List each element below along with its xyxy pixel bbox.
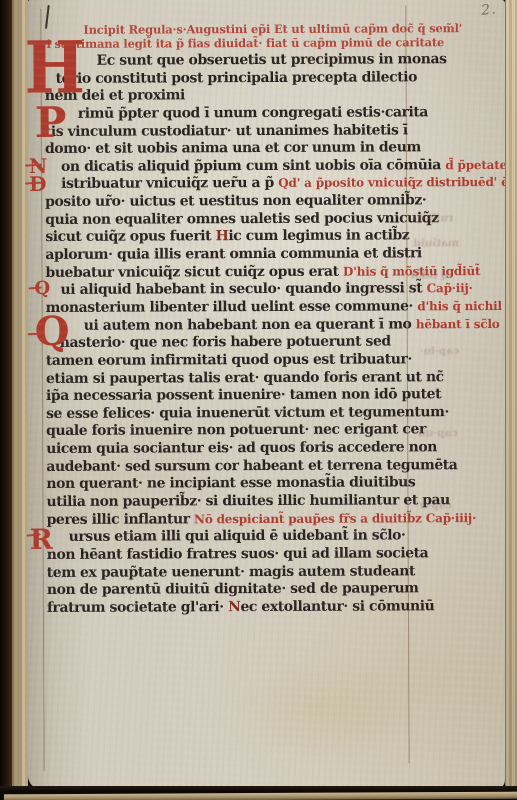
text-block: Incipit Regula·s·Augustini ep̃i Et ut ul…: [44, 21, 410, 617]
text-line: tis vinculum custodiatur· ut unanimes ha…: [45, 122, 408, 141]
ghost-text: cap·iu·: [420, 345, 460, 357]
body-text: domo· et sit uobis anima una et cor unum…: [45, 140, 421, 158]
body-text: monasterium libenter illud uelint esse c…: [46, 298, 418, 316]
body-text: tis vinculum custodiatur· ut unanimes ha…: [45, 122, 408, 140]
text-line: se esse felices· quia inuenerūt victum e…: [46, 404, 409, 423]
ghost-text: cap·uii·: [414, 427, 458, 439]
red-rubric-note: Nō despiciant̃ paup̃es fr̃s a diuitib̃z …: [194, 511, 476, 526]
body-text: etiam si paupertas talis erat· quando fo…: [46, 369, 444, 387]
text-line: non querant· ne incipiant esse monast̃ia…: [46, 475, 409, 494]
text-line: quia non equaliter omnes ualetis sed poc…: [45, 210, 408, 229]
body-text: nasterio· que nec foris habere potuerunt…: [60, 334, 391, 351]
text-line: non de parentū diuitū dignitate· sed de …: [47, 581, 410, 600]
red-rubric-note: d̃ p̃petate: [445, 158, 507, 172]
body-text: terio constituti post principalia precep…: [56, 69, 417, 87]
text-line: monasterium libenter illud uelint esse c…: [46, 298, 409, 317]
manuscript-page: 2. Incipit Regula·s·Augustini ep̃i Et ut…: [28, 0, 505, 789]
body-text: non de parentū diuitū dignitate· sed de …: [47, 581, 419, 599]
ghost-text: ruili q̃: [417, 212, 453, 224]
body-text: Ec sunt que obseruetis ut precipimus in …: [97, 51, 447, 69]
body-text: ursus etiam illi qui aliquid ē uidebant̃…: [69, 528, 406, 545]
text-line: posito ur̃o· uictus et uestitus non equa…: [45, 193, 408, 212]
red-rubric-note: d'his q̃ nichil: [417, 299, 502, 313]
body-text: posito ur̃o· uictus et uestitus non equa…: [45, 192, 426, 210]
body-text-lines: Ec sunt que obseruetis ut precipimus in …: [45, 51, 410, 617]
body-text: N: [228, 599, 240, 615]
text-line: ui aliquid habebant in seculo· quando in…: [46, 281, 409, 300]
red-rubric-note: Cap̃·iij·: [427, 281, 473, 295]
red-rubric-note: Qd' a p̃posito vnicuiq̃z distribuēd' ē c…: [278, 175, 517, 190]
binding-gutter-shadow: [0, 0, 12, 800]
body-text: tem ex paup̃tate uenerunt· magis autem s…: [47, 563, 415, 581]
lombard-initials: HPNDQQR: [26, 0, 503, 1]
text-line: uicem quia sociantur eis· ad quos foris …: [46, 439, 409, 458]
body-text: audebant· sed sursum cor habeant et terr…: [46, 457, 457, 475]
body-text: quale foris inuenire non potuerunt· nec …: [46, 422, 426, 440]
text-line: Ec sunt que obseruetis ut precipimus in …: [45, 51, 408, 70]
text-line: domo· et sit uobis anima una et cor unum…: [45, 140, 408, 159]
manuscript-photo: 2. Incipit Regula·s·Augustini ep̃i Et ut…: [0, 0, 517, 800]
text-line: ursus etiam illi qui aliquid ē uidebant̃…: [47, 528, 410, 547]
body-text: utilia non pauperib̃z· si diuites illic …: [46, 492, 449, 510]
text-line: tamen eorum infirmitati quod opus est tr…: [46, 351, 409, 370]
red-rubric-note: hēbant ī sc̃lo: [416, 317, 500, 331]
right-page-edges: [505, 0, 517, 792]
body-text: non querant· ne incipiant esse monast̃ia…: [46, 475, 415, 493]
body-text: sicut cuiq̃z opus fuerit: [45, 229, 215, 246]
h-lombard-initial: H: [24, 33, 85, 105]
body-text: ui aliquid habebant in seculo· quando in…: [61, 281, 427, 299]
text-line: istribuatur vnicuiq̃z uer̃u a p̃ Qd' a p…: [45, 175, 408, 194]
text-line: utilia non pauperib̃z· si diuites illic …: [46, 492, 409, 511]
bleed-through-text: ruili q̃matīuidq̃ lidiucap·iu·cap·uii·ca…: [26, 0, 503, 1]
body-text: ip̃a necessaria possent inuenire· tamen …: [46, 386, 441, 404]
text-line: tem ex paup̃tate uenerunt· magis autem s…: [47, 563, 410, 582]
text-line: audebant· sed sursum cor habeant et terr…: [46, 457, 409, 476]
body-text: peres illic inflantur: [47, 511, 195, 528]
text-line: buebatur vnicuiq̃z sicut cuiq̃z opus era…: [45, 263, 408, 282]
q1-lombard-initial: Q: [34, 280, 50, 298]
body-text: tamen eorum infirmitati quod opus est tr…: [46, 351, 412, 369]
ghost-text: q̃ lidiu: [410, 269, 448, 281]
text-line: ip̃a necessaria possent inuenire· tamen …: [46, 387, 409, 406]
text-line: aplorum· quia illis erant omnia communia…: [45, 245, 408, 264]
body-text: se esse felices· quia inuenerūt victum e…: [46, 404, 449, 422]
text-line: ui autem non habebant non ea querant ī m…: [46, 316, 409, 335]
text-line: quale foris inuenire non potuerunt· nec …: [46, 422, 409, 441]
text-line: on dicatis aliquid p̃pium cum sint uobis…: [45, 157, 408, 176]
text-line: nasterio· que nec foris habere potuerunt…: [46, 334, 409, 353]
text-line: rimū p̃pter quod ī unum congregati estis…: [45, 104, 408, 123]
body-text: non hēant fastidio fratres suos· qui ad …: [47, 545, 429, 563]
ghost-text: matīuid: [413, 237, 459, 249]
r-lombard-initial: R: [30, 526, 53, 554]
body-text: buebatur vnicuiq̃z sicut cuiq̃z opus era…: [45, 263, 343, 280]
body-text: istribuatur vnicuiq̃z uer̃u a p̃: [61, 175, 278, 192]
text-line: terio constituti post principalia precep…: [45, 69, 408, 88]
p-lombard-initial: P: [35, 102, 67, 144]
text-line: peres illic inflantur Nō despiciant̃ pau…: [47, 510, 410, 529]
ghost-text: cap·ir·: [414, 499, 451, 511]
text-line: etiam si paupertas talis erat· quando fo…: [46, 369, 409, 388]
text-line: fratrum societate gl'ari· Nec extollantu…: [47, 598, 410, 617]
folio-number: 2.: [480, 1, 497, 19]
text-line: nem dei et proximi: [45, 87, 408, 106]
body-text: uicem quia sociantur eis· ad quos foris …: [46, 439, 437, 457]
body-text: fratrum societate gl'ari·: [47, 599, 228, 616]
text-line: sicut cuiq̃z opus fuerit Hic cum legimus…: [45, 228, 408, 247]
rubric-title-line-2: i septimana legit̃ ita p̃ fias diuidat̃·…: [44, 35, 407, 51]
body-text: on dicatis aliquid p̃pium cum sint uobis…: [61, 157, 445, 175]
left-page-edges: [12, 0, 28, 792]
body-text: aplorum· quia illis erant omnia communia…: [45, 245, 421, 263]
body-text: H: [216, 229, 229, 245]
body-text: quia non equaliter omnes ualetis sed poc…: [45, 210, 438, 228]
body-text: ic cum legimus in actib̃z: [228, 228, 409, 245]
body-text: ec extollantur· si cōmuniū: [240, 598, 434, 615]
body-text: ui autem non habebant non ea querant ī m…: [84, 316, 416, 333]
text-line: non hēant fastidio fratres suos· qui ad …: [47, 545, 410, 564]
page-content: 2. Incipit Regula·s·Augustini ep̃i Et ut…: [26, 0, 506, 790]
body-text: rimū p̃pter quod ī unum congregati estis…: [78, 104, 428, 122]
